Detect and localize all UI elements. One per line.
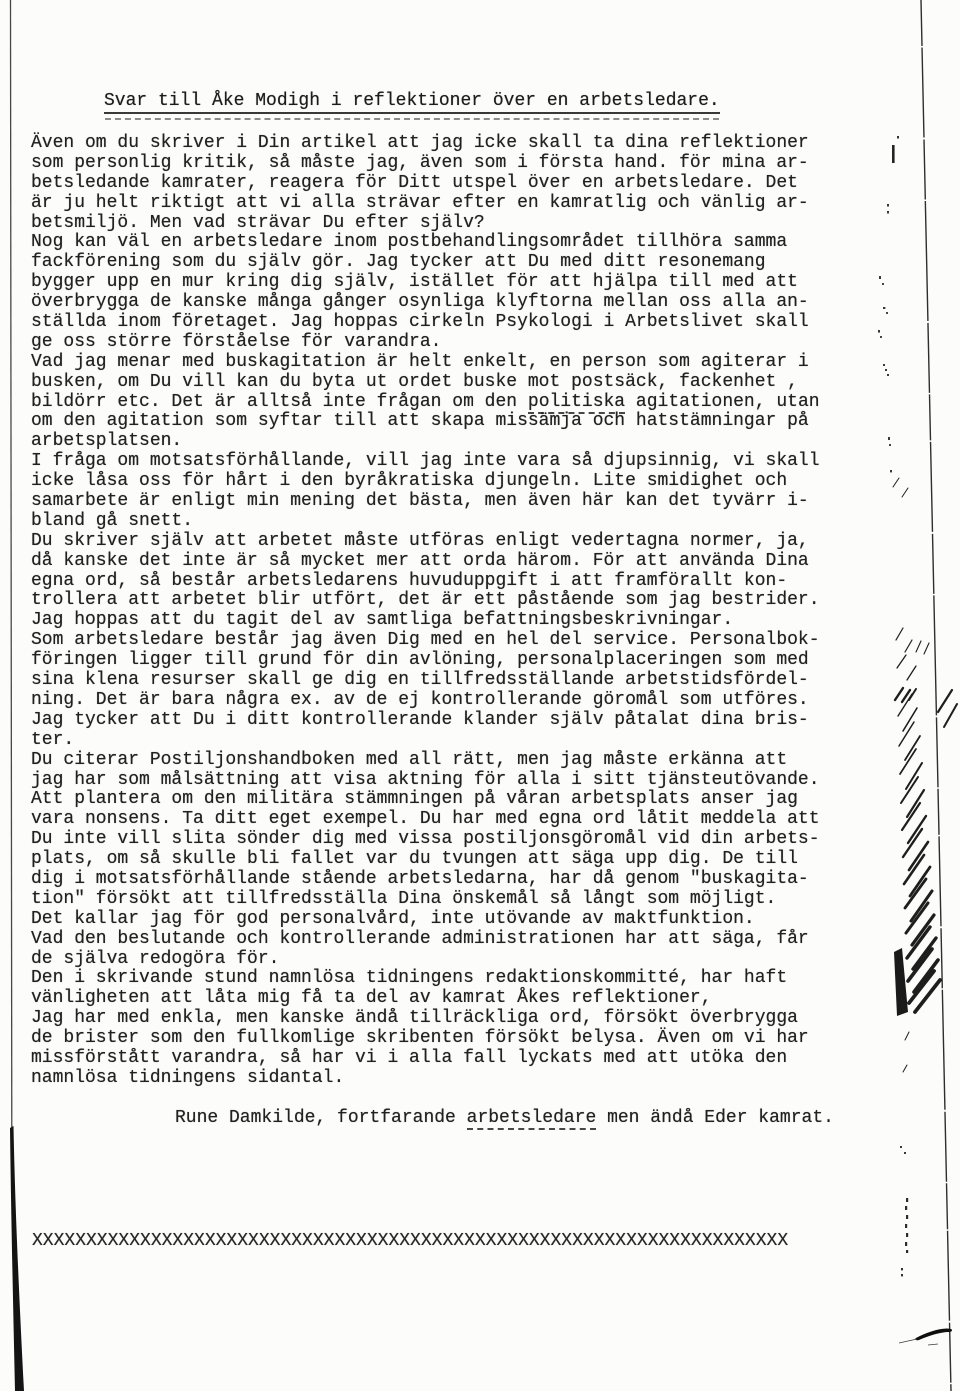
scan-artifacts (0, 0, 960, 1391)
scanned-letter-page: Svar till Åke Modigh i reflektioner över… (0, 0, 960, 1391)
